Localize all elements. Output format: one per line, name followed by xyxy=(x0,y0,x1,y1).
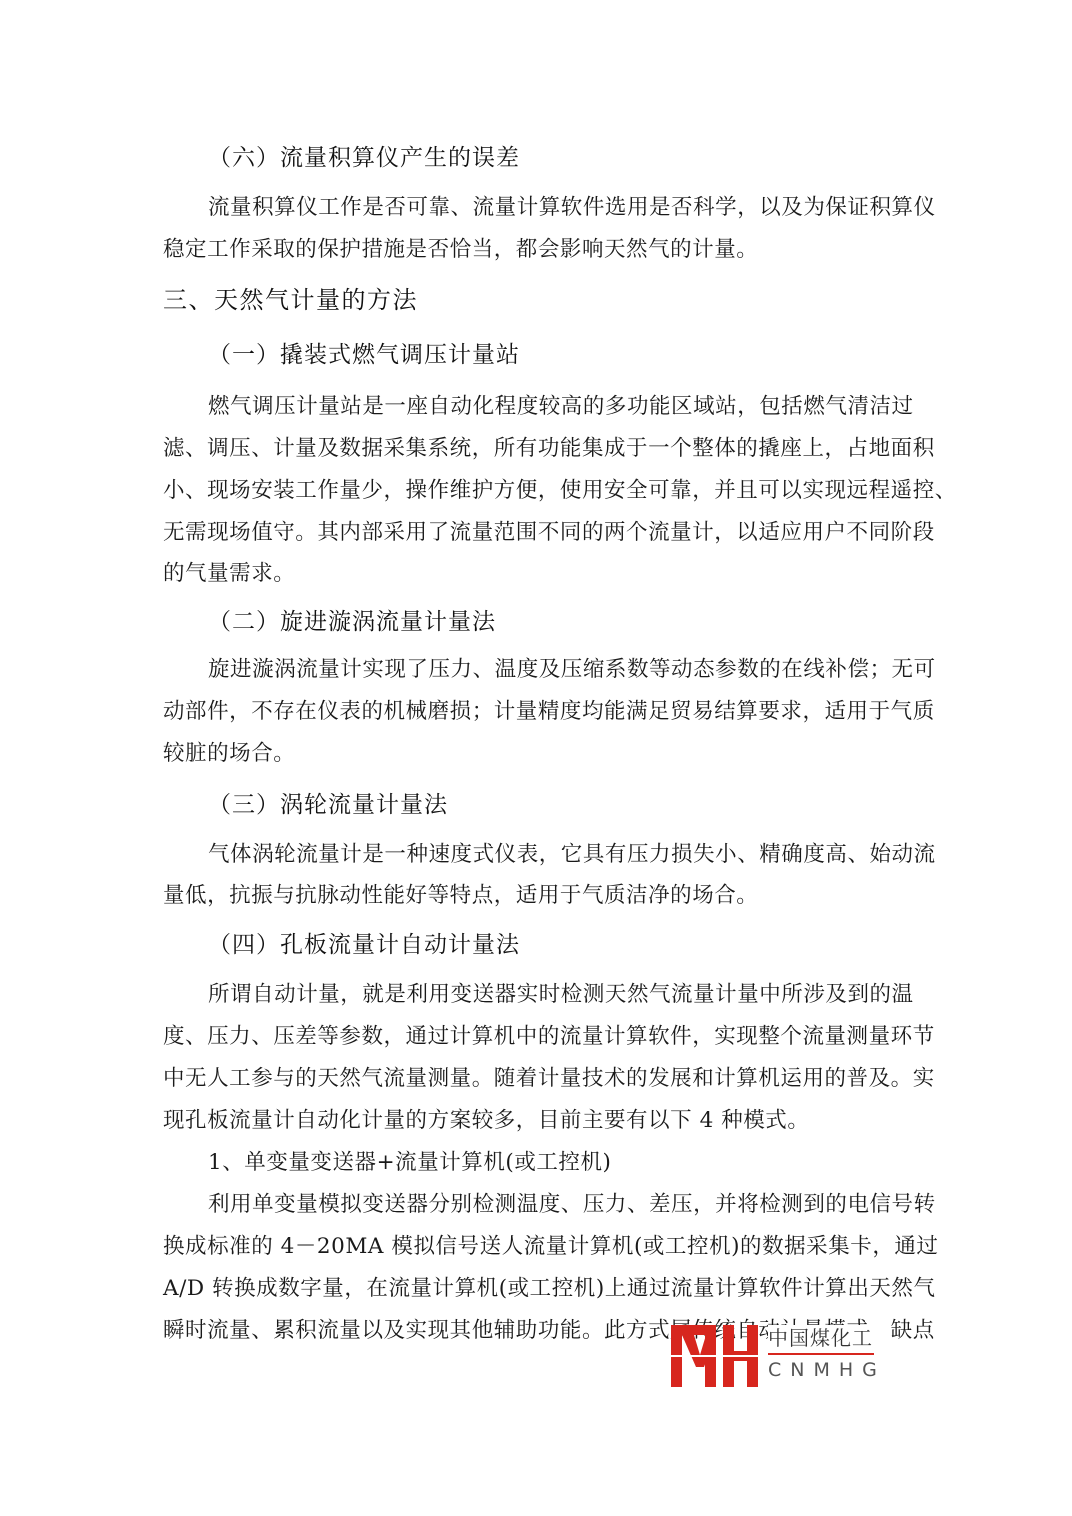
subheading-vortex-precession: （二）旋进漩涡流量计量法 xyxy=(208,606,958,638)
paragraph-line: 换成标准的 4－20MA 模拟信号送人流量计算机(或工控机)的数据采集卡，通过 xyxy=(163,1232,913,1262)
paragraph-line: 的气量需求。 xyxy=(163,559,913,589)
paragraph-line: 滤、调压、计量及数据采集系统，所有功能集成于一个整体的撬座上，占地面积 xyxy=(163,434,913,464)
paragraph-line: 燃气调压计量站是一座自动化程度较高的多功能区域站，包括燃气清洁过 xyxy=(208,392,958,422)
logo-divider xyxy=(768,1353,874,1355)
subheading-turbine: （三）涡轮流量计量法 xyxy=(208,789,958,821)
paragraph-line: 所谓自动计量，就是利用变送器实时检测天然气流量计量中所涉及到的温 xyxy=(208,980,958,1010)
subheading-flow-totalizer-error: （六）流量积算仪产生的误差 xyxy=(208,142,958,174)
paragraph-line: 旋进漩涡流量计实现了压力、温度及压缩系数等动态参数的在线补偿；无可 xyxy=(208,655,958,685)
paragraph-line: A/D 转换成数字量，在流量计算机(或工控机)上通过流量计算软件计算出天然气 xyxy=(163,1274,913,1304)
subheading-skid-station: （一）撬装式燃气调压计量站 xyxy=(208,339,958,371)
logo-chinese-name: 中国煤化工 xyxy=(768,1325,875,1351)
logo-english-name: CNMHG xyxy=(768,1358,886,1382)
paragraph-line: 小、现场安装工作量少，操作维护方便，使用安全可靠，并且可以实现远程遥控、 xyxy=(163,476,913,506)
paragraph-line: 利用单变量模拟变送器分别检测温度、压力、差压，并将检测到的电信号转 xyxy=(208,1190,958,1220)
document-page: （六）流量积算仪产生的误差 流量积算仪工作是否可靠、流量计算软件选用是否科学，以… xyxy=(0,0,1072,1516)
list-item-mode-1: 1、单变量变送器+流量计算机(或工控机) xyxy=(208,1148,958,1178)
heading-gas-metering-methods: 三、天然气计量的方法 xyxy=(163,283,913,317)
paragraph-line: 稳定工作采取的保护措施是否恰当，都会影响天然气的计量。 xyxy=(163,235,913,265)
subheading-orifice-auto: （四）孔板流量计自动计量法 xyxy=(208,929,958,961)
paragraph-line: 中无人工参与的天然气流量测量。随着计量技术的发展和计算机运用的普及。实 xyxy=(163,1064,913,1094)
cnmhg-watermark-logo: 中国煤化工 CNMHG xyxy=(668,1325,883,1389)
paragraph-line: 量低，抗振与抗脉动性能好等特点，适用于气质洁净的场合。 xyxy=(163,881,913,911)
paragraph-line: 无需现场值守。其内部采用了流量范围不同的两个流量计，以适应用户不同阶段 xyxy=(163,518,913,548)
paragraph-line: 现孔板流量计自动化计量的方案较多，目前主要有以下 4 种模式。 xyxy=(163,1106,913,1136)
paragraph-line: 度、压力、压差等参数，通过计算机中的流量计算软件，实现整个流量测量环节 xyxy=(163,1022,913,1052)
paragraph-line: 气体涡轮流量计是一种速度式仪表，它具有压力损失小、精确度高、始动流 xyxy=(208,840,958,870)
paragraph-line: 流量积算仪工作是否可靠、流量计算软件选用是否科学，以及为保证积算仪 xyxy=(208,193,958,223)
paragraph-line: 动部件，不存在仪表的机械磨损；计量精度均能满足贸易结算要求，适用于气质 xyxy=(163,697,913,727)
cnmhg-logo-icon xyxy=(668,1325,760,1387)
paragraph-line: 较脏的场合。 xyxy=(163,739,913,769)
